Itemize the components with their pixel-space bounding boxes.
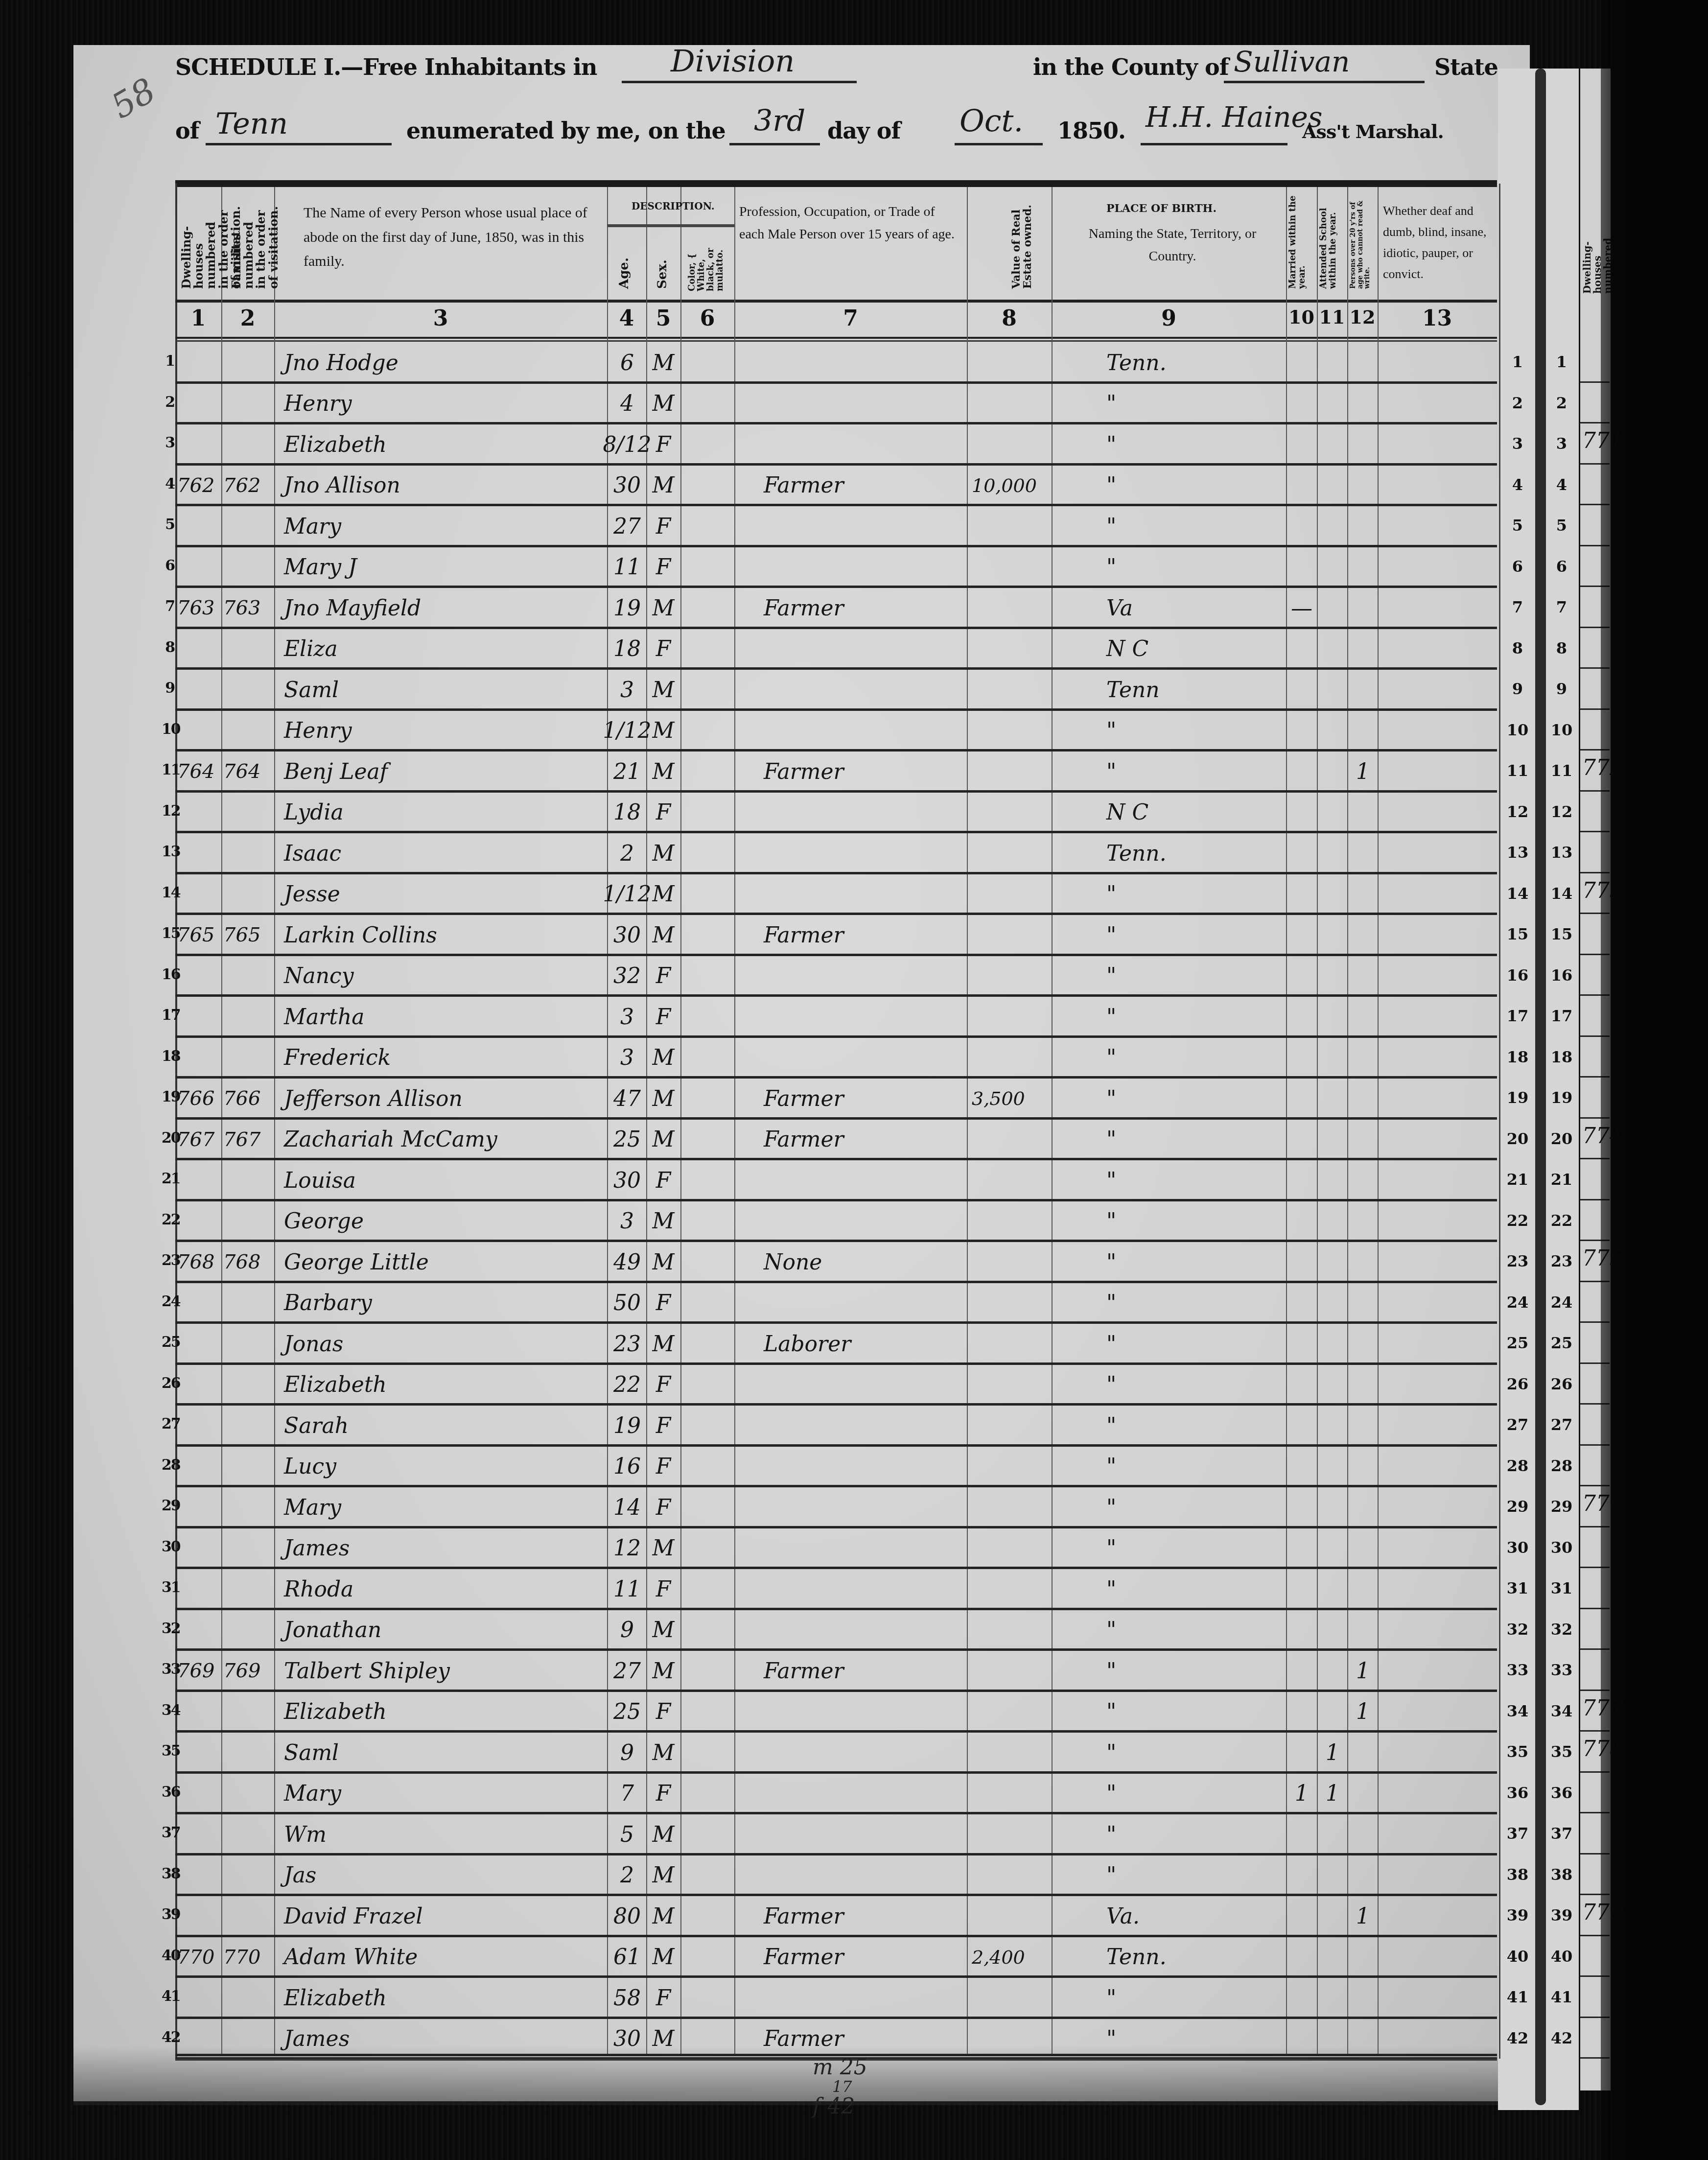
cell-illiterate: 1 <box>1349 1695 1377 1729</box>
row-number: 32 <box>162 1620 174 1637</box>
row-number: 41 <box>162 1988 174 2005</box>
cell-family: 769 <box>223 1654 273 1688</box>
cell-occupation: Farmer <box>764 754 964 789</box>
row-number: 37 <box>162 1824 174 1841</box>
cell-married <box>1287 387 1316 421</box>
cell-occupation <box>764 1572 964 1606</box>
cell-occupation <box>764 632 964 666</box>
cell-family <box>223 877 273 912</box>
cell-sex: F <box>647 959 679 993</box>
row-number-right: 14 <box>1547 884 1576 903</box>
cell-birthplace: Tenn. <box>1106 836 1283 870</box>
table-row: 31Rhoda11F" <box>175 1568 1497 1609</box>
cell-real-estate <box>972 1368 1050 1402</box>
cell-married <box>1287 1286 1316 1320</box>
row-number: 25 <box>162 1334 174 1351</box>
column-number: 6 <box>680 306 734 331</box>
cell-school <box>1318 754 1347 789</box>
cell-age: 30 <box>609 2022 645 2056</box>
cell-name: Elizabeth <box>284 1368 602 1402</box>
cell-school <box>1318 1123 1347 1157</box>
header-col9: Naming the State, Territory, or Country. <box>1084 223 1261 268</box>
cell-family: 762 <box>223 469 273 503</box>
cell-school <box>1318 714 1347 748</box>
cell-age: 50 <box>609 1286 645 1320</box>
row-number: 17 <box>162 1007 174 1024</box>
row-number-right: 20 <box>1503 1129 1532 1148</box>
cell-occupation: Farmer <box>764 1654 964 1688</box>
schedule-title-prefix: SCHEDULE I.—Free Inhabitants in <box>175 54 597 80</box>
cell-school <box>1318 918 1347 952</box>
cell-married <box>1287 754 1316 789</box>
cell-school <box>1318 632 1347 666</box>
division-field-underline <box>622 81 857 83</box>
schedule-title: SCHEDULE I.—Free Inhabitants in <box>175 54 597 80</box>
cell-birthplace: Tenn. <box>1106 346 1283 380</box>
cell-name: Jonathan <box>284 1613 602 1647</box>
cell-school <box>1318 1572 1347 1606</box>
cell-dwelling <box>177 1286 221 1320</box>
cell-dwelling: 766 <box>177 1081 221 1116</box>
cell-sex: M <box>647 836 679 870</box>
table-row: 6Mary J11F" <box>175 546 1497 587</box>
row-number-right: 36 <box>1503 1784 1532 1802</box>
cell-name: Adam White <box>284 1940 602 1974</box>
month-field: Oct. <box>959 103 1023 139</box>
cell-school <box>1318 796 1347 830</box>
tally-line-females: f 42 <box>813 2095 867 2118</box>
cell-family <box>223 346 273 380</box>
cell-dwelling <box>177 1817 221 1852</box>
cell-real-estate <box>972 754 1050 789</box>
cell-married <box>1287 1858 1316 1893</box>
cell-name: Nancy <box>284 959 602 993</box>
row-number-right: 20 <box>1547 1129 1576 1148</box>
cell-family <box>223 1368 273 1402</box>
table-row: 34Elizabeth25F"1 <box>175 1691 1497 1732</box>
row-number: 14 <box>162 884 174 901</box>
row-number-right: 37 <box>1547 1824 1576 1843</box>
cell-name: Rhoda <box>284 1572 602 1606</box>
cell-name: Barbary <box>284 1286 602 1320</box>
cell-illiterate <box>1349 2022 1377 2056</box>
row-number-right: 30 <box>1547 1538 1576 1557</box>
cell-illiterate <box>1349 591 1377 625</box>
cell-married: 1 <box>1287 1777 1316 1811</box>
column-number: 11 <box>1317 306 1347 328</box>
cell-age: 27 <box>609 509 645 543</box>
table-row: 8Eliza18FN C <box>175 628 1497 669</box>
cell-birthplace: " <box>1106 1204 1283 1239</box>
cell-occupation <box>764 346 964 380</box>
row-number-right: 42 <box>1503 2029 1532 2047</box>
row-number-right: 25 <box>1503 1334 1532 1352</box>
table-row: 37Wm5M" <box>175 1813 1497 1855</box>
table-row: 33769769Talbert Shipley27MFarmer"1 <box>175 1650 1497 1691</box>
cell-age: 49 <box>609 1245 645 1279</box>
cell-family <box>223 1858 273 1893</box>
cell-dwelling <box>177 509 221 543</box>
row-number: 26 <box>162 1375 174 1392</box>
cell-name: David Frazel <box>284 1899 602 1933</box>
cell-name: Henry <box>284 714 602 748</box>
row-number-right: 32 <box>1547 1620 1576 1639</box>
cell-age: 47 <box>609 1081 645 1116</box>
cell-occupation: Farmer <box>764 1940 964 1974</box>
cell-married <box>1287 469 1316 503</box>
cell-illiterate <box>1349 1286 1377 1320</box>
row-number-right: 27 <box>1503 1415 1532 1434</box>
row-number-right: 1 <box>1547 352 1576 371</box>
cell-occupation <box>764 1163 964 1197</box>
cell-family <box>223 959 273 993</box>
cell-name: Louisa <box>284 1163 602 1197</box>
cell-married <box>1287 959 1316 993</box>
cell-age: 3 <box>609 1204 645 1239</box>
cell-family <box>223 1286 273 1320</box>
cell-occupation <box>764 1204 964 1239</box>
cell-real-estate <box>972 1490 1050 1525</box>
cell-occupation: Farmer <box>764 1123 964 1157</box>
row-number-right: 39 <box>1547 1906 1576 1925</box>
cell-birthplace: " <box>1106 1000 1283 1034</box>
cell-family <box>223 1531 273 1566</box>
cell-occupation <box>764 427 964 462</box>
cell-dwelling <box>177 714 221 748</box>
cell-name: Mary <box>284 1490 602 1525</box>
cell-sex: M <box>647 714 679 748</box>
cell-name: Wm <box>284 1817 602 1852</box>
cell-occupation: Farmer <box>764 2022 964 2056</box>
cell-dwelling <box>177 1899 221 1933</box>
cell-school <box>1318 877 1347 912</box>
row-number-right: 33 <box>1547 1661 1576 1679</box>
cell-dwelling <box>177 2022 221 2056</box>
row-number: 31 <box>162 1579 174 1596</box>
cell-family: 767 <box>223 1123 273 1157</box>
cell-real-estate: 3,500 <box>972 1081 1050 1116</box>
cell-sex: F <box>647 1777 679 1811</box>
marshal-label: Ass't Marshal. <box>1302 120 1444 142</box>
row-number: 7 <box>162 598 174 615</box>
row-number: 21 <box>162 1170 174 1187</box>
cell-married <box>1287 1409 1316 1443</box>
cell-dwelling <box>177 1450 221 1484</box>
cell-married <box>1287 918 1316 952</box>
cell-school <box>1318 1940 1347 1974</box>
cell-dwelling <box>177 1736 221 1770</box>
cell-family <box>223 2022 273 2056</box>
cell-sex: F <box>647 1000 679 1034</box>
row-number-right: 40 <box>1547 1947 1576 1966</box>
cell-dwelling <box>177 1981 221 2015</box>
cell-illiterate <box>1349 1327 1377 1361</box>
cell-illiterate <box>1349 959 1377 993</box>
enumerated-label: enumerated by me, on the <box>406 117 725 144</box>
cell-dwelling <box>177 1368 221 1402</box>
row-number-right: 13 <box>1547 843 1576 862</box>
cell-family <box>223 1817 273 1852</box>
cell-family: 763 <box>223 591 273 625</box>
cell-dwelling: 769 <box>177 1654 221 1688</box>
cell-name: Sarah <box>284 1409 602 1443</box>
table-row: 25Jonas23MLaborer" <box>175 1323 1497 1364</box>
row-number-right: 31 <box>1547 1579 1576 1597</box>
cell-name: Larkin Collins <box>284 918 602 952</box>
cell-real-estate <box>972 1899 1050 1933</box>
cell-occupation <box>764 1817 964 1852</box>
cell-illiterate <box>1349 1981 1377 2015</box>
cell-sex: M <box>647 1123 679 1157</box>
cell-married <box>1287 836 1316 870</box>
table-row: 14Jesse1/12M" <box>175 873 1497 915</box>
state-label: State <box>1434 54 1498 80</box>
cell-sex: F <box>647 1981 679 2015</box>
cell-married <box>1287 1041 1316 1075</box>
cell-age: 19 <box>609 1409 645 1443</box>
cell-illiterate <box>1349 714 1377 748</box>
cell-age: 11 <box>609 550 645 585</box>
header-col13: Whether deaf and dumb, blind, insane, id… <box>1383 201 1493 285</box>
cell-age: 7 <box>609 1777 645 1811</box>
row-number-right: 16 <box>1503 966 1532 985</box>
cell-illiterate <box>1349 918 1377 952</box>
cell-age: 30 <box>609 1163 645 1197</box>
table-row: 4762762Jno Allison30MFarmer10,000" <box>175 465 1497 506</box>
cell-family: 770 <box>223 1940 273 1974</box>
table-row: 9Saml3MTenn <box>175 669 1497 710</box>
cell-name: Benj Leaf <box>284 754 602 789</box>
cell-school <box>1318 1817 1347 1852</box>
table-row: 27Sarah19F" <box>175 1405 1497 1446</box>
cell-married <box>1287 1204 1316 1239</box>
cell-name: Isaac <box>284 836 602 870</box>
cell-illiterate <box>1349 346 1377 380</box>
cell-name: Lydia <box>284 796 602 830</box>
cell-illiterate <box>1349 1531 1377 1566</box>
cell-sex: M <box>647 1041 679 1075</box>
table-row: 39David Frazel80MFarmerVa.1 <box>175 1895 1497 1936</box>
cell-sex: F <box>647 427 679 462</box>
cell-school <box>1318 673 1347 707</box>
cell-real-estate <box>972 346 1050 380</box>
table-row: 24Barbary50F" <box>175 1282 1497 1323</box>
cell-occupation <box>764 1000 964 1034</box>
cell-real-estate <box>972 796 1050 830</box>
cell-married <box>1287 2022 1316 2056</box>
cell-illiterate <box>1349 673 1377 707</box>
cell-birthplace: " <box>1106 509 1283 543</box>
microfilm-right-edge <box>1601 0 1708 2160</box>
tally-note: m 25 17 f 42 <box>813 2056 867 2118</box>
row-number-right: 9 <box>1547 680 1576 698</box>
column-number: 13 <box>1378 306 1497 331</box>
row-number: 34 <box>162 1702 174 1719</box>
column-number: 3 <box>274 306 607 331</box>
cell-real-estate <box>972 2022 1050 2056</box>
row-number: 1 <box>162 352 174 370</box>
cell-real-estate <box>972 1286 1050 1320</box>
cell-married <box>1287 346 1316 380</box>
cell-name: Talbert Shipley <box>284 1654 602 1688</box>
row-number-right: 5 <box>1503 516 1532 535</box>
cell-birthplace: " <box>1106 1081 1283 1116</box>
cell-illiterate <box>1349 1041 1377 1075</box>
cell-real-estate <box>972 1858 1050 1893</box>
column-number: 2 <box>221 306 274 331</box>
row-number-right: 22 <box>1547 1211 1576 1230</box>
cell-family <box>223 1777 273 1811</box>
cell-name: Zachariah McCamy <box>284 1123 602 1157</box>
cell-dwelling <box>177 550 221 585</box>
cell-school <box>1318 1163 1347 1197</box>
cell-married <box>1287 1000 1316 1034</box>
row-number-right: 24 <box>1503 1293 1532 1312</box>
cell-real-estate <box>972 1695 1050 1729</box>
header-bottom-rule <box>175 300 1497 303</box>
cell-dwelling <box>177 1163 221 1197</box>
cell-dwelling <box>177 796 221 830</box>
row-number-right: 17 <box>1547 1007 1576 1025</box>
table-row: 36Mary7F"11 <box>175 1773 1497 1814</box>
cell-name: Jonas <box>284 1327 602 1361</box>
row-number-right: 27 <box>1547 1415 1576 1434</box>
table-row: 19766766Jefferson Allison47MFarmer3,500" <box>175 1078 1497 1119</box>
row-number-right: 30 <box>1503 1538 1532 1557</box>
cell-sex: F <box>647 1368 679 1402</box>
cell-birthplace: " <box>1106 1981 1283 2015</box>
row-number-right: 17 <box>1503 1007 1532 1025</box>
header-col3: The Name of every Person whose usual pla… <box>304 201 597 274</box>
cell-married <box>1287 877 1316 912</box>
row-number-right: 23 <box>1503 1252 1532 1270</box>
cell-dwelling: 763 <box>177 591 221 625</box>
cell-family <box>223 1613 273 1647</box>
row-number-right: 9 <box>1503 680 1532 698</box>
cell-sex: M <box>647 1736 679 1770</box>
cell-dwelling: 765 <box>177 918 221 952</box>
cell-sex: M <box>647 1613 679 1647</box>
cell-dwelling <box>177 1613 221 1647</box>
cell-name: Frederick <box>284 1041 602 1075</box>
cell-sex: M <box>647 877 679 912</box>
cell-school <box>1318 509 1347 543</box>
cell-real-estate <box>972 1572 1050 1606</box>
cell-illiterate: 1 <box>1349 754 1377 789</box>
cell-sex: M <box>647 918 679 952</box>
cell-age: 30 <box>609 918 645 952</box>
cell-name: Eliza <box>284 632 602 666</box>
cell-real-estate <box>972 427 1050 462</box>
cell-birthplace: " <box>1106 387 1283 421</box>
cell-school <box>1318 1081 1347 1116</box>
cell-school <box>1318 1368 1347 1402</box>
cell-school <box>1318 1981 1347 2015</box>
cell-school <box>1318 1858 1347 1893</box>
cell-real-estate <box>972 1613 1050 1647</box>
cell-school <box>1318 1450 1347 1484</box>
header-col10: Married within the year. <box>1288 186 1314 289</box>
cell-illiterate <box>1349 1777 1377 1811</box>
cell-sex: M <box>647 1081 679 1116</box>
cell-dwelling <box>177 1572 221 1606</box>
row-number-right: 42 <box>1547 2029 1576 2047</box>
cell-married <box>1287 1695 1316 1729</box>
cell-married <box>1287 427 1316 462</box>
cell-illiterate <box>1349 796 1377 830</box>
cell-occupation <box>764 1286 964 1320</box>
cell-sex: M <box>647 673 679 707</box>
table-row: 18Frederick3M" <box>175 1037 1497 1078</box>
cell-real-estate <box>972 1736 1050 1770</box>
cell-occupation: Farmer <box>764 918 964 952</box>
row-number-right: 10 <box>1503 721 1532 739</box>
cell-married <box>1287 1450 1316 1484</box>
cell-occupation: Laborer <box>764 1327 964 1361</box>
row-number-right: 41 <box>1547 1988 1576 2006</box>
cell-illiterate <box>1349 550 1377 585</box>
county-field: Sullivan <box>1234 45 1350 78</box>
cell-sex: M <box>647 1327 679 1361</box>
header-col4: Age. <box>618 255 631 289</box>
cell-age: 3 <box>609 673 645 707</box>
page-fold-line <box>1535 69 1546 2105</box>
row-number-right: 18 <box>1547 1048 1576 1066</box>
row-number-right: 24 <box>1547 1293 1576 1312</box>
cell-real-estate <box>972 1654 1050 1688</box>
cell-occupation <box>764 1695 964 1729</box>
cell-occupation <box>764 1736 964 1770</box>
row-number-right: 34 <box>1503 1702 1532 1720</box>
cell-birthplace: " <box>1106 1695 1283 1729</box>
cell-age: 27 <box>609 1654 645 1688</box>
cell-family: 764 <box>223 754 273 789</box>
row-number-right: 2 <box>1503 394 1532 412</box>
row-number-right: 11 <box>1547 761 1576 780</box>
year-label: 1850. <box>1057 117 1125 144</box>
cell-birthplace: " <box>1106 2022 1283 2056</box>
cell-name: Jas <box>284 1858 602 1893</box>
cell-real-estate <box>972 1000 1050 1034</box>
cell-name: Elizabeth <box>284 427 602 462</box>
cell-sex: F <box>647 1695 679 1729</box>
table-row: 3Elizabeth8/12F" <box>175 423 1497 465</box>
cell-birthplace: " <box>1106 1286 1283 1320</box>
row-number: 28 <box>162 1456 174 1474</box>
row-number-right: 1 <box>1503 352 1532 371</box>
cell-name: Mary <box>284 1777 602 1811</box>
cell-real-estate <box>972 1123 1050 1157</box>
cell-birthplace: " <box>1106 550 1283 585</box>
header-col2: Families numbered in the order of visita… <box>230 206 280 289</box>
cell-name: Martha <box>284 1000 602 1034</box>
cell-school <box>1318 1000 1347 1034</box>
cell-real-estate <box>972 918 1050 952</box>
table-row: 35Saml9M"1 <box>175 1732 1497 1773</box>
cell-sex: M <box>647 1204 679 1239</box>
table-row: 42James30MFarmer" <box>175 2018 1497 2059</box>
cell-married <box>1287 1899 1316 1933</box>
row-number: 15 <box>162 925 174 942</box>
cell-name: Lucy <box>284 1450 602 1484</box>
cell-family <box>223 1409 273 1443</box>
cell-dwelling <box>177 1327 221 1361</box>
cell-school <box>1318 1204 1347 1239</box>
row-number-right: 19 <box>1547 1088 1576 1107</box>
row-number-right: 11 <box>1503 761 1532 780</box>
cell-name: Saml <box>284 1736 602 1770</box>
cell-illiterate: 1 <box>1349 1654 1377 1688</box>
